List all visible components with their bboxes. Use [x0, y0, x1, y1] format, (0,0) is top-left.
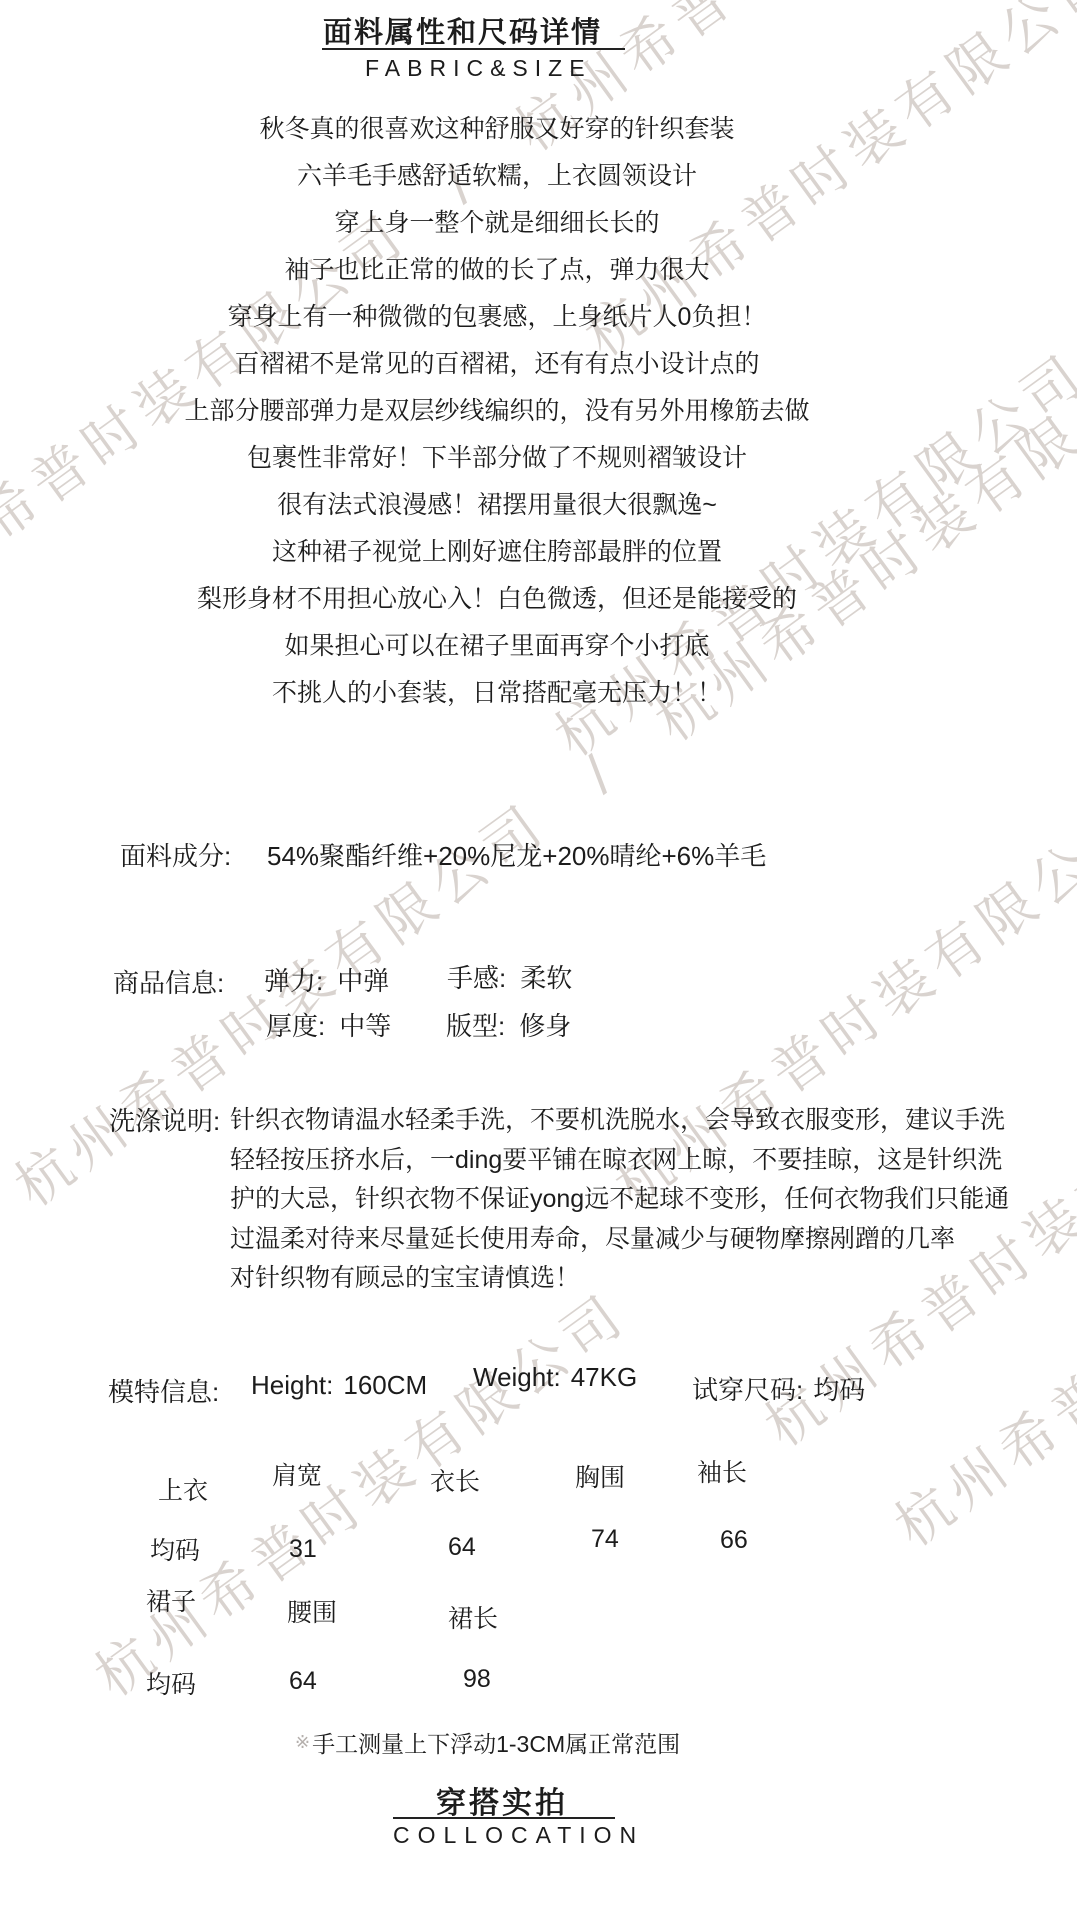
size-table-value-cell: 98	[463, 1665, 491, 1694]
size-table-header-cell: 衣长	[430, 1462, 480, 1498]
size-table-header-cell: 裙长	[448, 1599, 498, 1635]
intro-line: 六羊毛手感舒适软糯，上衣圆领设计	[57, 153, 937, 200]
feel-label: 手感:	[447, 963, 506, 993]
intro-line: 袖子也比正常的做的长了点，弹力很大	[57, 247, 937, 294]
intro-line: 这种裙子视觉上刚好遮住胯部最胖的位置	[57, 529, 937, 576]
elasticity-value: 中弹	[337, 966, 389, 996]
collocation-title: 穿搭实拍	[436, 1778, 568, 1822]
model-height-field: Height:160CM	[251, 1370, 427, 1401]
thickness-value: 中等	[339, 1011, 391, 1041]
size-table-value-cell: 64	[448, 1533, 476, 1562]
size-table-value-cell: 均码	[146, 1665, 196, 1701]
model-weight-field: Weight:47KG	[473, 1362, 637, 1393]
intro-line: 很有法式浪漫感！裙摆用量很大很飘逸~	[57, 482, 937, 529]
model-weight-label: Weight:	[473, 1362, 561, 1392]
model-height-value: 160CM	[343, 1370, 427, 1400]
size-table-value-cell: 74	[591, 1525, 619, 1554]
intro-line: 秋冬真的很喜欢这种舒服又好穿的针织套装	[57, 106, 937, 153]
model-weight-value: 47KG	[571, 1362, 638, 1392]
product-detail-page: 杭州希普时装有限公司 / 杭州希普时装有限公司 杭州希普时装有限公司 杭州希普时…	[0, 0, 1077, 1920]
collocation-subtitle: COLLOCATION	[393, 1822, 644, 1849]
collocation-divider	[393, 1817, 615, 1819]
measurement-footnote: ※手工测量上下浮动1-3CM属正常范围	[295, 1726, 680, 1759]
elasticity-field: 弹力:中弹	[264, 961, 389, 998]
washing-instructions-label: 洗涤说明:	[109, 1101, 220, 1138]
measurement-footnote-text: 手工测量上下浮动1-3CM属正常范围	[312, 1731, 680, 1757]
title-divider	[322, 48, 625, 50]
size-table-header-cell: 肩宽	[272, 1456, 322, 1492]
intro-line: 穿身上有一种微微的包裹感，上身纸片人0负担！	[57, 294, 937, 341]
asterisk-icon: ※	[295, 1732, 310, 1752]
intro-line: 包裹性非常好！下半部分做了不规则褶皱设计	[57, 435, 937, 482]
fit-label: 版型:	[446, 1011, 505, 1041]
intro-line: 梨形身材不用担心放心入！白色微透，但还是能接受的	[57, 576, 937, 623]
size-table-header-cell: 腰围	[287, 1593, 337, 1629]
model-height-label: Height:	[251, 1370, 333, 1400]
intro-line: 百褶裙不是常见的百褶裙，还有有点小设计点的	[57, 341, 937, 388]
fabric-composition-label: 面料成分:	[120, 836, 231, 873]
intro-line: 如果担心可以在裙子里面再穿个小打底	[57, 623, 937, 670]
washing-instructions-text: 针织衣物请温水轻柔手洗，不要机洗脱水，会导致衣服变形，建议手洗 轻轻按压挤水后，…	[230, 1101, 990, 1299]
fit-value: 修身	[519, 1011, 571, 1041]
washing-line: 护的大忌，针织衣物不保证yong远不起球不变形，任何衣物我们只能通	[230, 1180, 990, 1220]
intro-line: 穿上身一整个就是细细长长的	[57, 200, 937, 247]
size-table-header-cell: 上衣	[158, 1471, 208, 1507]
feel-value: 柔软	[520, 963, 572, 993]
intro-paragraph: 秋冬真的很喜欢这种舒服又好穿的针织套装 六羊毛手感舒适软糯，上衣圆领设计 穿上身…	[57, 106, 937, 717]
model-info-label: 模特信息:	[108, 1372, 219, 1409]
product-info-label: 商品信息:	[113, 963, 224, 1000]
size-table-value-cell: 均码	[150, 1531, 200, 1567]
try-on-size-field: 试穿尺码:均码	[692, 1370, 865, 1407]
size-table-header-cell: 胸围	[575, 1458, 625, 1494]
size-table-value-cell: 64	[289, 1667, 317, 1696]
size-table-value-cell: 66	[720, 1526, 748, 1555]
intro-line: 不挑人的小套装，日常搭配毫无压力！！	[57, 670, 937, 717]
feel-field: 手感:柔软	[447, 958, 572, 995]
washing-line: 针织衣物请温水轻柔手洗，不要机洗脱水，会导致衣服变形，建议手洗	[230, 1101, 990, 1141]
page-subtitle: FABRIC&SIZE	[365, 55, 592, 82]
size-table-header-cell: 裙子	[146, 1582, 196, 1618]
intro-line: 上部分腰部弹力是双层纱线编织的，没有另外用橡筋去做	[57, 388, 937, 435]
washing-line: 轻轻按压挤水后，一ding要平铺在晾衣网上晾，不要挂晾，这是针织洗	[230, 1141, 990, 1181]
washing-line: 对针织物有顾忌的宝宝请慎选！	[230, 1259, 990, 1299]
thickness-label: 厚度:	[266, 1011, 325, 1041]
try-on-size-value: 均码	[813, 1375, 865, 1405]
fabric-composition-value: 54%聚酯纤维+20%尼龙+20%晴纶+6%羊毛	[267, 836, 766, 873]
washing-line: 过温柔对待来尽量延长使用寿命，尽量减少与硬物摩擦剐蹭的几率	[230, 1220, 990, 1260]
try-on-size-label: 试穿尺码:	[692, 1375, 803, 1405]
size-table-header-cell: 袖长	[697, 1453, 747, 1489]
thickness-field: 厚度:中等	[266, 1006, 391, 1043]
page-title: 面料属性和尺码详情	[323, 10, 602, 51]
fit-field: 版型:修身	[446, 1006, 571, 1043]
elasticity-label: 弹力:	[264, 966, 323, 996]
size-table-value-cell: 31	[289, 1535, 317, 1564]
